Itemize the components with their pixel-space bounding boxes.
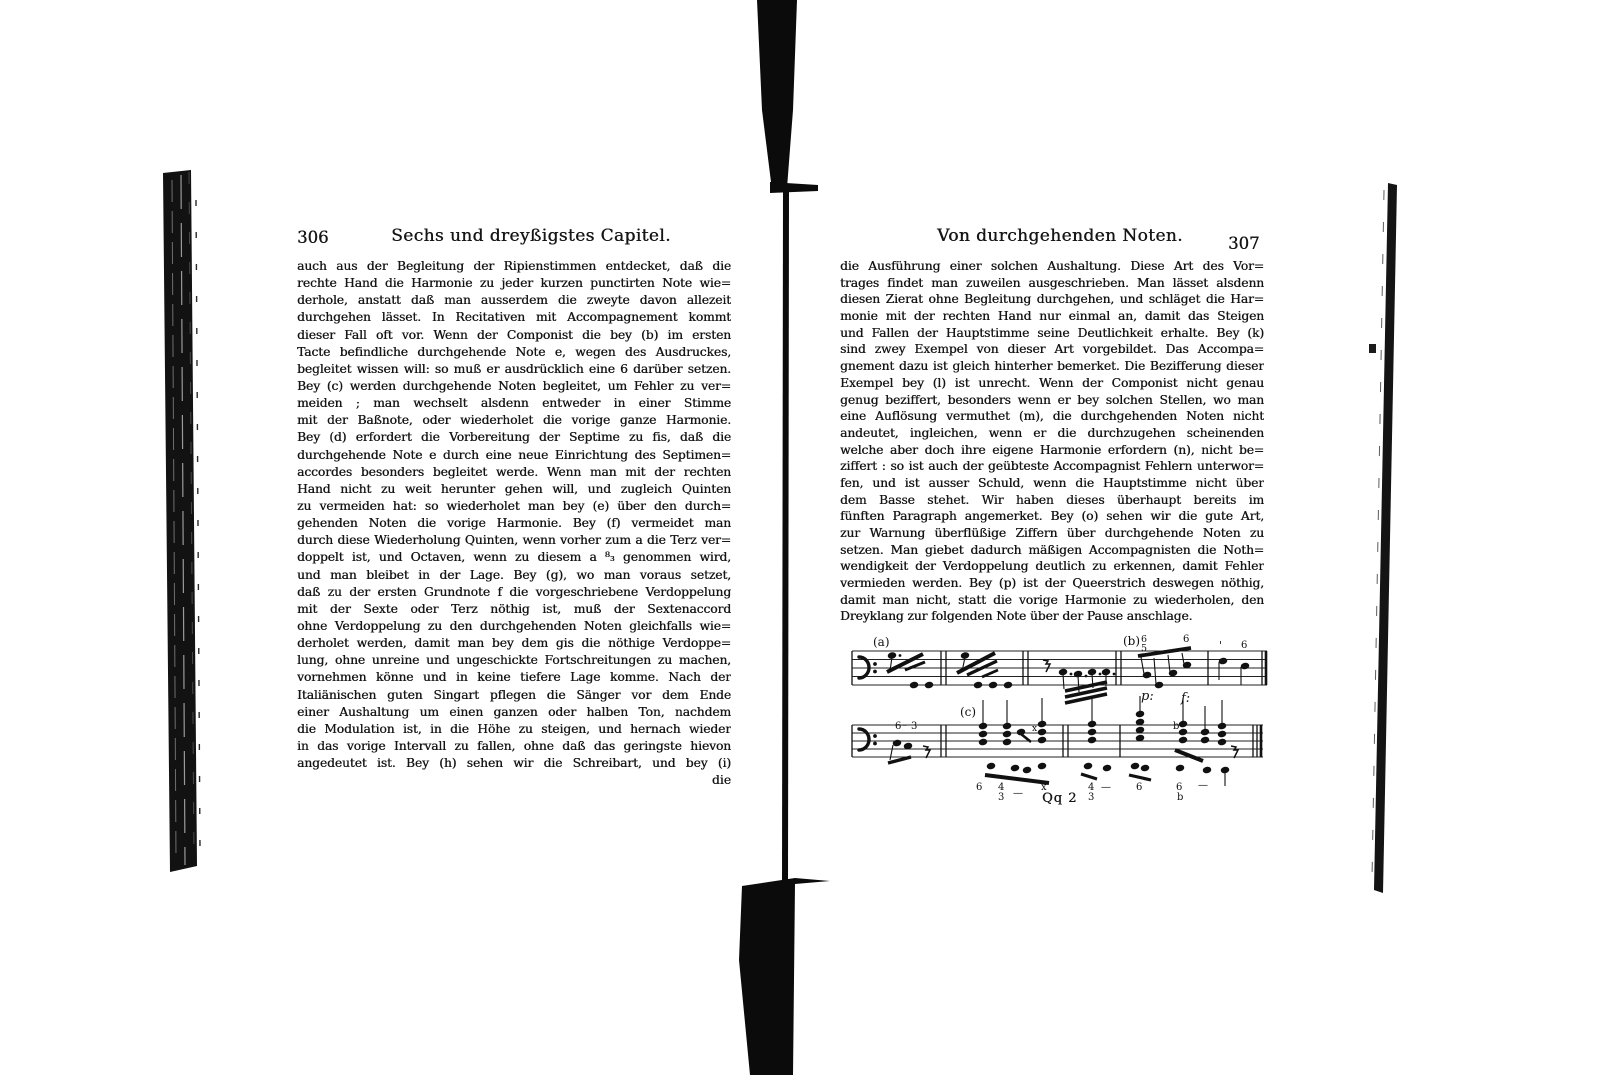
text-line: durchgehen lässet. In Recitativen mit Ac… [297, 309, 731, 326]
text-line: und Fallen der Hauptstimme seine Deutlic… [840, 325, 1264, 342]
text-line: durchgehende Note e durch eine neue Einr… [297, 447, 731, 464]
text-line: angedeutet ist. Bey (h) sehen wir die Sc… [297, 755, 731, 772]
svg-text:p:: p: [1141, 689, 1154, 704]
svg-text:6: 6 [895, 721, 901, 732]
text-line: dem Basse stehet. Wir haben dieses überh… [840, 492, 1264, 509]
left-page-catchword: die [297, 773, 731, 787]
text-line: meiden ; man wechselt alsdenn entweder i… [297, 395, 731, 412]
scan-artifacts-layer [0, 0, 1600, 1075]
svg-text:3: 3 [911, 721, 917, 732]
text-line: gehenden Noten die vorige Harmonie. Bey … [297, 515, 731, 532]
margin-smudge [1369, 344, 1376, 353]
text-line: durch diese Wiederholung Quinten, wenn v… [297, 532, 731, 549]
text-line: Bey (c) werden durchgehende Noten beglei… [297, 378, 731, 395]
left-page-body-text: auch aus der Begleitung der Ripienstimme… [297, 258, 731, 772]
text-line: daß zu der ersten Grundnote f die vorges… [297, 584, 731, 601]
left-page-edge-bar [163, 170, 200, 872]
svg-text:6: 6 [1241, 640, 1247, 651]
text-line: zu vermeiden hat: so wiederholet man bey… [297, 498, 731, 515]
text-line: accordes besonders begleitet werde. Wenn… [297, 464, 731, 481]
svg-text:b: b [1177, 792, 1183, 803]
text-line: setzen. Man giebet dadurch mäßigen Accom… [840, 542, 1264, 559]
left-page-number: 306 [297, 228, 329, 247]
text-line: mit der Baßnote, oder wiederholet die vo… [297, 412, 731, 429]
text-line: derhole, anstatt daß man ausserdem die z… [297, 292, 731, 309]
svg-text:6: 6 [976, 782, 982, 793]
text-line: Hand nicht zu weit herunter gehen will, … [297, 481, 731, 498]
text-line: diesen Zierat ohne Begleitung durchgehen… [840, 291, 1264, 308]
printer-signature-mark: Qq 2 [1042, 791, 1077, 806]
right-page-body-text: die Ausführung einer solchen Aushaltung.… [840, 258, 1264, 625]
text-line: die Ausführung einer solchen Aushaltung.… [840, 258, 1264, 275]
text-line: mit der Sexte oder Terz nöthig ist, muß … [297, 601, 731, 618]
text-line: begleitet wissen will: so muß er ausdrüc… [297, 361, 731, 378]
svg-text:b: b [1173, 721, 1179, 732]
svg-text:f:: f: [1180, 691, 1190, 706]
right-page-edge-bar [1369, 183, 1397, 893]
svg-text:(b): (b) [1123, 634, 1140, 648]
scanned-book-spread: { "left_page": { "page_number": "306", "… [0, 0, 1600, 1075]
text-line: vermieden werden. Bey (p) ist der Queers… [840, 575, 1264, 592]
svg-text:—: — [1101, 782, 1111, 793]
text-line: welche aber doch ihre eigene Harmonie er… [840, 442, 1264, 459]
text-line: ziffert : so ist auch der geübteste Acco… [840, 458, 1264, 475]
text-line: ohne Verdoppelung zu den durchgehenden N… [297, 618, 731, 635]
svg-text:(a): (a) [873, 635, 890, 649]
text-line: derholet werden, damit man bey dem gis d… [297, 635, 731, 652]
text-line: vornehmen könne und in keine tiefere Lag… [297, 669, 731, 686]
text-line: Italiänischen guten Singart pflegen die … [297, 687, 731, 704]
text-line: Dreyklang zur folgenden Note über der Pa… [840, 608, 1264, 625]
text-line: die Modulation ist, in die Höhe zu steig… [297, 721, 731, 738]
left-page-header: Sechs und dreyßigstes Capitel. [361, 226, 701, 246]
svg-text:(c): (c) [960, 705, 976, 719]
text-line: andeutet, ingleichen, wenn er die durchz… [840, 425, 1264, 442]
svg-text:': ' [1219, 639, 1222, 652]
text-line: trages findet man zuweilen ausgeschriebe… [840, 275, 1264, 292]
svg-text:5: 5 [1141, 643, 1147, 654]
text-line: Exempel bey (l) ist unrecht. Wenn der Co… [840, 375, 1264, 392]
text-line: dieser Fall oft vor. Wenn der Componist … [297, 327, 731, 344]
svg-text:3: 3 [1088, 792, 1094, 803]
svg-text:–: – [902, 720, 907, 731]
text-line: und man bleibet in der Lage. Bey (g), wo… [297, 567, 731, 584]
text-line: monie mit der rechten Hand nur einmal an… [840, 308, 1264, 325]
text-line: fen, und ist ausser Schuld, wenn die Hau… [840, 475, 1264, 492]
text-line: in das vorige Intervall zu fallen, ohne … [297, 738, 731, 755]
text-line: lung, ohne unreine und ungeschickte Fort… [297, 652, 731, 669]
text-line: rechte Hand die Harmonie zu jeder kurzen… [297, 275, 731, 292]
text-line: einer Aushaltung um einen ganzen oder ha… [297, 704, 731, 721]
text-line: genug beziffert, besonders wenn er bey s… [840, 392, 1264, 409]
right-page-header: Von durchgehenden Noten. [930, 226, 1190, 246]
center-gutter-bar [739, 0, 830, 1075]
svg-text:3: 3 [998, 792, 1004, 803]
svg-text:—: — [1198, 780, 1208, 791]
music-example-staves: (a)(b)656'6p:f:(c)6–3xb643—x43—66b— [835, 628, 1280, 813]
svg-text:x: x [1032, 724, 1037, 734]
text-line: Bey (d) erfordert die Vorbereitung der S… [297, 429, 731, 446]
text-line: wendigkeit der Verdoppelung deutlich zu … [840, 558, 1264, 575]
text-line: Tacte befindliche durchgehende Note e, w… [297, 344, 731, 361]
text-line: doppelt ist, und Octaven, wenn zu diesem… [297, 549, 731, 566]
text-line: damit man nicht, statt die vorige Harmon… [840, 592, 1264, 609]
text-line: fünften Paragraph angemerket. Bey (o) se… [840, 508, 1264, 525]
svg-text:6: 6 [1136, 782, 1142, 793]
text-line: auch aus der Begleitung der Ripienstimme… [297, 258, 731, 275]
svg-text:6: 6 [1183, 634, 1189, 645]
text-line: eine Auflösung vermuthet (m), die durchg… [840, 408, 1264, 425]
svg-text:—: — [1013, 788, 1023, 799]
text-line: sind zwey Exempel von dieser Art vorgebi… [840, 341, 1264, 358]
text-line: zur Warnung überflüßige Ziffern über dur… [840, 525, 1264, 542]
right-page-number: 307 [1228, 234, 1260, 253]
text-line: gnement dazu ist gleich hinterher bemerk… [840, 358, 1264, 375]
